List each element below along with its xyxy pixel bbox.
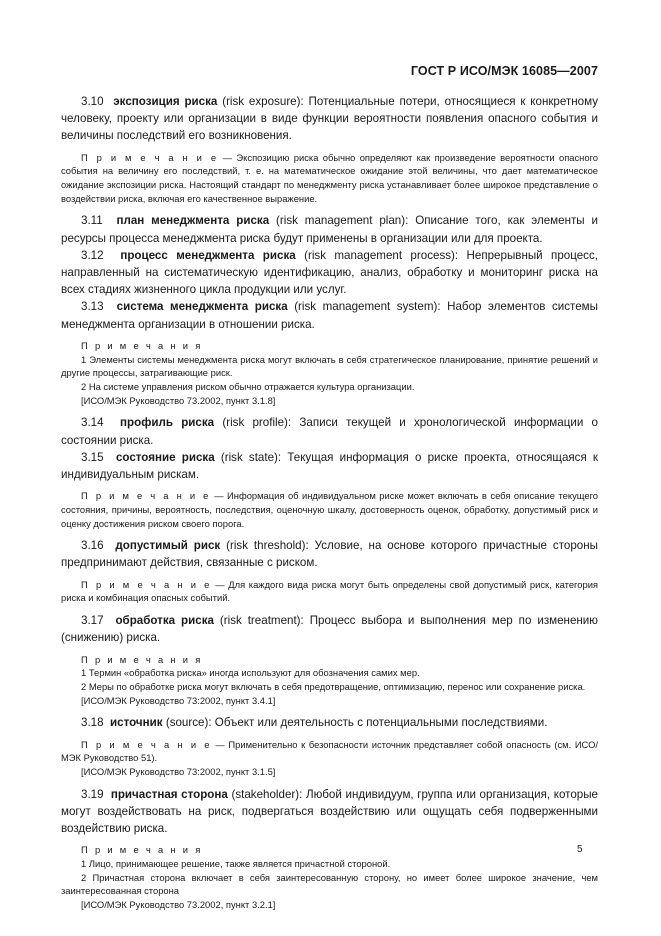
reference: [ИСО/МЭК Руководство 73:2002, пункт 3.4.…: [61, 694, 598, 708]
note-item: 2 Меры по обработке риска могут включать…: [61, 680, 598, 694]
term-3-15: 3.15 состояние риска (risk state): Текущ…: [61, 449, 598, 483]
term-3-10: 3.10 экспозиция риска (risk exposure): П…: [61, 93, 598, 145]
note-label: П р и м е ч а н и е: [81, 490, 211, 501]
document-header: ГОСТ Р ИСО/МЭК 16085—2007: [411, 64, 598, 78]
term-english: (risk management plan): [276, 214, 405, 227]
reference: [ИСО/МЭК Руководство 73.2002, пункт 3.2.…: [61, 898, 598, 912]
term-english: (risk profile): [222, 416, 288, 429]
term-3-18: 3.18 источник (source): Объект или деяте…: [61, 714, 598, 731]
note-item: 1 Термин «обработка риска» иногда исполь…: [61, 666, 598, 680]
term-english: (risk exposure): [222, 95, 300, 108]
term-english: (risk state): [221, 451, 278, 464]
note-item: 2 Причастная сторона включает в себя заи…: [61, 871, 598, 898]
notes-label: П р и м е ч а н и я: [61, 339, 598, 353]
notes-block: П р и м е ч а н и я 1 Лицо, принимающее …: [61, 843, 598, 912]
note-label: П р и м е ч а н и е: [81, 579, 212, 590]
note: П р и м е ч а н и е — Для каждого вида р…: [61, 578, 598, 605]
notes-block: П р и м е ч а н и я 1 Элементы системы м…: [61, 339, 598, 408]
notes-label: П р и м е ч а н и я: [61, 653, 598, 667]
term-english: (risk threshold): [226, 539, 305, 552]
note: П р и м е ч а н и е — Экспозицию риска о…: [61, 151, 598, 206]
term-3-13: 3.13 система менеджмента риска (risk man…: [61, 298, 598, 332]
note-block: П р и м е ч а н и е — Экспозицию риска о…: [61, 151, 598, 206]
term-english: (risk treatment): [220, 614, 301, 627]
term-number: 3.11: [81, 214, 103, 227]
term-english: (stakeholder): [231, 788, 299, 801]
page-number: 5: [577, 844, 583, 855]
term-title: допустимый риск: [115, 539, 220, 552]
term-3-16: 3.16 допустимый риск (risk threshold): У…: [61, 537, 598, 571]
term-title: план менеджмента риска: [116, 214, 269, 227]
note-block: П р и м е ч а н и е — Применительно к бе…: [61, 738, 598, 779]
document-body: 3.10 экспозиция риска (risk exposure): П…: [61, 93, 598, 919]
term-number: 3.12: [81, 249, 104, 262]
term-definition: : Объект или деятельность с потенциальны…: [208, 716, 547, 729]
term-title: состояние риска: [116, 451, 215, 464]
note-item: 1 Лицо, принимающее решение, также являе…: [61, 857, 598, 871]
term-title: экспозиция риска: [113, 95, 217, 108]
note-item: 2 На системе управления риском обычно от…: [61, 380, 598, 394]
term-number: 3.14: [81, 416, 104, 429]
term-3-11: 3.11 план менеджмента риска (risk manage…: [61, 212, 598, 246]
reference: [ИСО/МЭК Руководство 73:2002, пункт 3.1.…: [61, 765, 598, 779]
note-label: П р и м е ч а н и е: [81, 739, 212, 750]
note-item: 1 Элементы системы менеджмента риска мог…: [61, 353, 598, 380]
term-3-19: 3.19 причастная сторона (stakeholder): Л…: [61, 786, 598, 838]
term-number: 3.13: [81, 300, 104, 313]
term-title: система менеджмента риска: [117, 300, 288, 313]
reference: [ИСО/МЭК Руководство 73.2002, пункт 3.1.…: [61, 394, 598, 408]
term-number: 3.17: [81, 614, 104, 627]
term-title: причастная сторона: [111, 788, 228, 801]
term-number: 3.18: [81, 716, 104, 729]
term-number: 3.15: [81, 451, 104, 464]
term-english: (risk management system): [294, 300, 437, 313]
note: П р и м е ч а н и е — Применительно к бе…: [61, 738, 598, 765]
term-title: источник: [110, 716, 163, 729]
term-title: обработка риска: [115, 614, 214, 627]
note-block: П р и м е ч а н и е — Информация об инди…: [61, 489, 598, 530]
term-number: 3.19: [81, 788, 104, 801]
term-number: 3.10: [81, 95, 104, 108]
note-block: П р и м е ч а н и е — Для каждого вида р…: [61, 578, 598, 605]
term-3-12: 3.12 процесс менеджмента риска (risk man…: [61, 247, 598, 299]
note-label: П р и м е ч а н и е: [81, 152, 218, 163]
note: П р и м е ч а н и е — Информация об инди…: [61, 489, 598, 530]
notes-label: П р и м е ч а н и я: [61, 843, 598, 857]
term-3-14: 3.14 профиль риска (risk profile): Запис…: [61, 414, 598, 448]
term-english: (source): [166, 716, 209, 729]
term-title: профиль риска: [120, 416, 214, 429]
notes-block: П р и м е ч а н и я 1 Термин «обработка …: [61, 653, 598, 708]
term-3-17: 3.17 обработка риска (risk treatment): П…: [61, 612, 598, 646]
term-title: процесс менеджмента риска: [120, 249, 295, 262]
term-english: (risk management process): [304, 249, 455, 262]
term-number: 3.16: [81, 539, 104, 552]
